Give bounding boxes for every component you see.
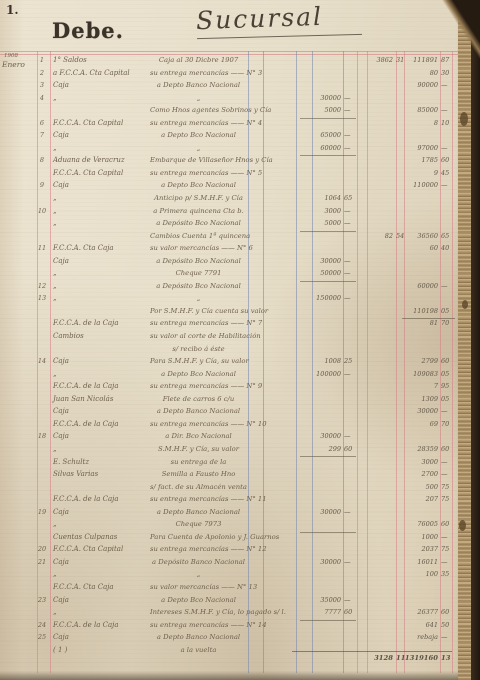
description-cell: Cheque 7791	[150, 269, 247, 277]
subamount-cents: —	[344, 432, 356, 440]
account-cell: E. Schultz	[53, 458, 149, 466]
main-amount-cents: —	[441, 407, 452, 415]
ledger-row: F.C.C.A. Cta Capitalsu entrega mercancía…	[0, 169, 472, 182]
description-cell: a la vuelta	[150, 646, 247, 654]
main-amount-cell: 8	[405, 119, 438, 127]
subamount-cents: —	[344, 294, 356, 302]
main-amount-cents: —	[441, 282, 452, 290]
main-amount-cell: 76005	[405, 520, 438, 528]
subamount-cents: 60	[344, 608, 356, 616]
description-cell: su entrega mercancías —— N° 12	[150, 545, 247, 553]
ledger-row: 23Cajaa Depto Bco Nacional35000—	[0, 596, 472, 609]
main-amount-cell: 110198	[405, 307, 438, 315]
day-cell: 23	[34, 596, 50, 604]
secondary-amount-cell: 82	[361, 232, 393, 240]
subamount-cents: 25	[344, 357, 356, 365]
ledger-rows: 11° SaldosCaja al 30 Dicbre 190738623111…	[0, 56, 472, 658]
day-cell: 13	[34, 294, 50, 302]
main-amount-cell: 28359	[405, 445, 438, 453]
subamount-cell: 30000	[297, 94, 341, 102]
ledger-row: s/ fact. de su Almacén venta50075	[0, 483, 472, 496]
main-amount-cents: 70	[441, 319, 452, 327]
ledger-row: E. Schultzsu entrega de la3000—	[0, 458, 472, 471]
account-cell: F.C.C.A. Cta Capital	[53, 119, 149, 127]
account-cell: a F.C.C.A. Cta Capital	[53, 69, 149, 77]
ledger-row: 7Cajaa Depto Bco Nacional65000—	[0, 131, 472, 144]
main-amount-cell: 60	[405, 244, 438, 252]
description-cell: su entrega mercancías —— N° 9	[150, 382, 247, 390]
description-cell: a Depósito Banco Nacional	[150, 558, 247, 566]
day-cell: 2	[34, 69, 50, 77]
main-amount-cell: 109083	[405, 370, 438, 378]
day-cell: 19	[34, 508, 50, 516]
ledger-row: Cuentas CulpanasPara Cuenta de Apolonio …	[0, 533, 472, 546]
totals-main-cents: 13	[441, 654, 452, 662]
main-amount-cell: 36560	[405, 232, 438, 240]
main-amount-cents: —	[441, 533, 452, 541]
description-cell: su entrega mercancías —— N° 3	[150, 69, 247, 77]
description-cell: s/ fact. de su Almacén venta	[150, 483, 247, 491]
account-cell: F.C.C.A. Cta Caja	[53, 244, 149, 252]
debit-title: Debe.	[52, 18, 124, 43]
day-cell: 20	[34, 545, 50, 553]
main-amount-cents: 05	[441, 370, 452, 378]
ledger-row: Cajaa Depto Banco Nacional30000—	[0, 407, 472, 420]
description-cell: S.M.H.F. y Cía, su valor	[150, 445, 247, 453]
ledger-row: 8Aduana de VeracruzEmbarque de Villaseño…	[0, 156, 472, 169]
day-cell: 8	[34, 156, 50, 164]
main-amount-cents: —	[441, 470, 452, 478]
ledger-photo: 1. Debe. Sucursal 1908 Enero 11° SaldosC…	[0, 0, 480, 680]
main-amount-cell: 207	[405, 495, 438, 503]
main-amount-cents: 60	[441, 357, 452, 365]
main-amount-cell: 97000	[405, 144, 438, 152]
totals-main-amount: 1319160	[401, 654, 438, 662]
main-amount-cents: 60	[441, 608, 452, 616]
description-cell: s/ recibo á éste	[150, 345, 247, 353]
subamount-cents: —	[344, 106, 356, 114]
ledger-row: 12„a Depósito Bco Nacional60000—	[0, 282, 472, 295]
subamount-cents: —	[344, 269, 356, 277]
account-cell: „	[53, 520, 149, 528]
ledger-row: 2a F.C.C.A. Cta Capitalsu entrega mercan…	[0, 69, 472, 82]
main-amount-cents: 35	[441, 570, 452, 578]
description-cell: a Depto Bco Nacional	[150, 596, 247, 604]
description-cell: Para S.M.H.F. y Cía, su valor	[150, 357, 247, 365]
main-amount-cents: 70	[441, 420, 452, 428]
account-cell: Caja	[53, 432, 149, 440]
account-cell: Caja	[53, 508, 149, 516]
main-amount-cents: 05	[441, 307, 452, 315]
account-cell: Silvas Varias	[53, 470, 149, 478]
account-cell: F.C.C.A. Cta Capital	[53, 169, 149, 177]
account-cell: „	[53, 219, 149, 227]
day-cell: 11	[34, 244, 50, 252]
subamount-cell: 3000	[297, 207, 341, 215]
main-amount-cell: 2799	[405, 357, 438, 365]
description-cell: su valor mercancías —— N° 13	[150, 583, 247, 591]
account-cell: Caja	[53, 357, 149, 365]
ledger-row: 25Cajaa Depto Banco Nacionalrebaja—	[0, 633, 472, 646]
edge-blot	[460, 112, 468, 126]
ledger-row: Cambiossu valor al corte de Habilitación	[0, 332, 472, 345]
subamount-cell: 5000	[297, 219, 341, 227]
main-amount-cents: 75	[441, 495, 452, 503]
main-amount-cell: 80	[405, 69, 438, 77]
ledger-row: 10„a Primera quincena Cta b.3000—	[0, 207, 472, 220]
ledger-row: 11° SaldosCaja al 30 Dicbre 190738623111…	[0, 56, 472, 69]
description-cell: Semilla a Fausto Hno	[150, 470, 247, 478]
subamount-cell: 50000	[297, 269, 341, 277]
main-amount-cell: 7	[405, 382, 438, 390]
day-cell: 18	[34, 432, 50, 440]
account-cell: F.C.C.A. Cta Caja	[53, 583, 149, 591]
description-cell: a Depto Banco Nacional	[150, 81, 247, 89]
main-amount-cell: 111891	[405, 56, 438, 64]
ledger-row: F.C.C.A. de la Cajasu entrega mercancías…	[0, 382, 472, 395]
page-number: 1.	[6, 3, 19, 17]
account-cell: Cambios	[53, 332, 149, 340]
subamount-cents: 60	[344, 445, 356, 453]
description-cell: a Depto Banco Nacional	[150, 633, 247, 641]
ledger-row: „Anticipo p/ S.M.H.F. y Cía106465	[0, 194, 472, 207]
main-amount-cell: 9	[405, 169, 438, 177]
day-cell: 14	[34, 357, 50, 365]
page-corner	[440, 0, 480, 62]
subamount-cents: —	[344, 219, 356, 227]
description-cell: a Depto Bco Nacional	[150, 181, 247, 189]
account-cell: 1° Saldos	[53, 56, 149, 64]
day-cell: 4	[34, 94, 50, 102]
ledger-row: 9Cajaa Depto Bco Nacional110000—	[0, 181, 472, 194]
description-cell: Por S.M.H.F. y Cía cuenta su valor	[150, 307, 247, 315]
description-cell: a Depto Banco Nacional	[150, 407, 247, 415]
description-cell: a Depósito Bco Nacional	[150, 282, 247, 290]
main-amount-cents: 05	[441, 395, 452, 403]
account-cell: Caja	[53, 633, 149, 641]
account-cell: Caja	[53, 131, 149, 139]
subamount-cell: 65000	[297, 131, 341, 139]
account-cell: „	[53, 144, 149, 152]
header-rule	[0, 51, 459, 52]
day-cell: 1	[34, 56, 50, 64]
subamount-cell: 30000	[297, 432, 341, 440]
description-cell: Anticipo p/ S.M.H.F. y Cía	[150, 194, 247, 202]
ledger-row: Cajaa Depósito Bco Nacional30000—	[0, 257, 472, 270]
ledger-row: 20F.C.C.A. Cta Capitalsu entrega mercanc…	[0, 545, 472, 558]
ledger-row: F.C.C.A. de la Cajasu entrega mercancías…	[0, 319, 472, 332]
main-amount-cell: 641	[405, 621, 438, 629]
account-cell: Caja	[53, 81, 149, 89]
subamount-cents: —	[344, 508, 356, 516]
account-cell: „	[53, 608, 149, 616]
subamount-cell: 1008	[297, 357, 341, 365]
description-cell: su valor al corte de Habilitación	[150, 332, 247, 340]
subamount-cell: 30000	[297, 257, 341, 265]
subamount-cents: —	[344, 94, 356, 102]
main-amount-cents: 45	[441, 169, 452, 177]
account-cell: Aduana de Veracruz	[53, 156, 149, 164]
account-cell: F.C.C.A. de la Caja	[53, 495, 149, 503]
description-cell: a Primera quincena Cta b.	[150, 207, 247, 215]
description-cell: a Depto Bco Nacional	[150, 370, 247, 378]
ledger-row: F.C.C.A. de la Cajasu entrega mercancías…	[0, 495, 472, 508]
main-amount-cents: 60	[441, 445, 452, 453]
main-amount-cents: 60	[441, 520, 452, 528]
ledger-row: 19Cajaa Depto Banco Nacional30000—	[0, 508, 472, 521]
description-cell: su entrega mercancías —— N° 4	[150, 119, 247, 127]
secondary-amount-cents: 31	[396, 56, 405, 64]
description-cell: a Depósito Bco Nacional	[150, 219, 247, 227]
book-spine-shadow	[471, 0, 480, 680]
ledger-row: 13„„150000—	[0, 294, 472, 307]
subamount-cents: —	[344, 257, 356, 265]
edge-blot	[459, 520, 466, 531]
totals-secondary-amount: 3128	[361, 654, 393, 662]
account-cell: „	[53, 207, 149, 215]
description-cell: „	[150, 294, 247, 302]
ledger-row: 21Cajaa Depósito Banco Nacional30000—160…	[0, 558, 472, 571]
main-amount-cell: 2037	[405, 545, 438, 553]
subamount-cents: —	[344, 207, 356, 215]
main-amount-cell: 69	[405, 420, 438, 428]
ledger-row: Juan San NicolásFlete de carros 6 c/u130…	[0, 395, 472, 408]
subamount-cell: 100000	[297, 370, 341, 378]
page-bottom-shadow	[0, 671, 472, 680]
account-cell: F.C.C.A. Cta Capital	[53, 545, 149, 553]
day-cell: 12	[34, 282, 50, 290]
main-amount-cell: 26377	[405, 608, 438, 616]
account-cell: Juan San Nicolás	[53, 395, 149, 403]
ledger-row: „Intereses S.M.H.F. y Cía, lo pagado s/ …	[0, 608, 472, 621]
account-cell: „	[53, 269, 149, 277]
main-amount-cell: 85000	[405, 106, 438, 114]
ledger-row: F.C.C.A. Cta Cajasu valor mercancías —— …	[0, 583, 472, 596]
ledger-row: Por S.M.H.F. y Cía cuenta su valor110198…	[0, 307, 472, 320]
main-amount-cell: 30000	[405, 407, 438, 415]
ledger-row: Silvas VariasSemilla a Fausto Hno2700—	[0, 470, 472, 483]
account-cell: Caja	[53, 257, 149, 265]
description-cell: Intereses S.M.H.F. y Cía, lo pagado s/ l…	[150, 608, 247, 616]
main-amount-cents: —	[441, 633, 452, 641]
subamount-cell: 30000	[297, 508, 341, 516]
main-amount-cell: 3000	[405, 458, 438, 466]
subamount-cell: 35000	[297, 596, 341, 604]
ledger-row: Cambios Cuenta 1ª quincena82543656065	[0, 232, 472, 245]
subamount-cell: 150000	[297, 294, 341, 302]
subamount-cents: —	[344, 370, 356, 378]
account-cell: „	[53, 445, 149, 453]
book-page-edges	[458, 0, 472, 680]
day-cell: 10	[34, 207, 50, 215]
ledger-row: „Cheque 79737600560	[0, 520, 472, 533]
main-amount-cents: 75	[441, 545, 452, 553]
day-cell: 9	[34, 181, 50, 189]
secondary-amount-cell: 3862	[361, 56, 393, 64]
ledger-row: 4„„30000—	[0, 94, 472, 107]
description-cell: Cheque 7973	[150, 520, 247, 528]
account-cell: F.C.C.A. de la Caja	[53, 420, 149, 428]
ledger-page: 1. Debe. Sucursal 1908 Enero 11° SaldosC…	[0, 0, 472, 680]
main-amount-cents: 95	[441, 382, 452, 390]
main-amount-cell: 1785	[405, 156, 438, 164]
subamount-cell: 7777	[297, 608, 341, 616]
description-cell: „	[150, 94, 247, 102]
day-cell: 24	[34, 621, 50, 629]
description-cell: Caja al 30 Dicbre 1907	[150, 56, 247, 64]
ledger-row: s/ recibo á éste	[0, 345, 472, 358]
day-cell: 21	[34, 558, 50, 566]
subamount-cell: 60000	[297, 144, 341, 152]
subamount-cell: 299	[297, 445, 341, 453]
ledger-row: 6F.C.C.A. Cta Capitalsu entrega mercancí…	[0, 119, 472, 132]
description-cell: su entrega mercancías —— N° 10	[150, 420, 247, 428]
ledger-row: „Cheque 779150000—	[0, 269, 472, 282]
main-amount-cents: —	[441, 144, 452, 152]
description-cell: „	[150, 570, 247, 578]
ledger-row: 3Cajaa Depto Banco Nacional90000—	[0, 81, 472, 94]
day-cell: 25	[34, 633, 50, 641]
main-amount-cell: 16011	[405, 558, 438, 566]
day-cell: 7	[34, 131, 50, 139]
account-cell: Cuentas Culpanas	[53, 533, 149, 541]
description-cell: su entrega de la	[150, 458, 247, 466]
main-amount-cents: —	[441, 558, 452, 566]
main-amount-cell: 110000	[405, 181, 438, 189]
description-cell: Para Cuenta de Apolonio y J. Guarnos	[150, 533, 247, 541]
description-cell: a Depósito Bco Nacional	[150, 257, 247, 265]
header-rule	[0, 54, 459, 55]
account-cell: Caja	[53, 558, 149, 566]
subamount-cell: 5000	[297, 106, 341, 114]
main-amount-cents: —	[441, 81, 452, 89]
ledger-row: 18Cajaa Dir. Bco Nacional30000—	[0, 432, 472, 445]
main-amount-cents: 75	[441, 483, 452, 491]
main-amount-cents: —	[441, 458, 452, 466]
day-cell: 3	[34, 81, 50, 89]
description-cell: a Dir. Bco Nacional	[150, 432, 247, 440]
secondary-amount-cents: 54	[396, 232, 405, 240]
account-cell: „	[53, 282, 149, 290]
main-amount-cents: —	[441, 181, 452, 189]
main-amount-cents: 50	[441, 621, 452, 629]
ledger-row: 14CajaPara S.M.H.F. y Cía, su valor10082…	[0, 357, 472, 370]
ledger-row: 11F.C.C.A. Cta Cajasu valor mercancías —…	[0, 244, 472, 257]
account-cell: „	[53, 370, 149, 378]
ledger-row: „a Depto Bco Nacional100000—10908305	[0, 370, 472, 383]
description-cell: su entrega mercancías —— N° 14	[150, 621, 247, 629]
subamount-cell: 30000	[297, 558, 341, 566]
account-cell: F.C.C.A. de la Caja	[53, 621, 149, 629]
account-cell: ( 1 )	[53, 646, 149, 654]
subamount-cents: —	[344, 131, 356, 139]
description-cell: Cambios Cuenta 1ª quincena	[150, 232, 247, 240]
account-cell: F.C.C.A. de la Caja	[53, 319, 149, 327]
main-amount-cell: 100	[405, 570, 438, 578]
main-amount-cents: 30	[441, 69, 452, 77]
description-cell: su entrega mercancías —— N° 5	[150, 169, 247, 177]
account-cell: Caja	[53, 181, 149, 189]
ledger-row: Como Hnos agentes Sobrinos y Cía5000—850…	[0, 106, 472, 119]
main-amount-cents: 40	[441, 244, 452, 252]
branch-title: Sucursal	[196, 2, 324, 35]
description-cell: a Depto Bco Nacional	[150, 131, 247, 139]
account-cell: „	[53, 570, 149, 578]
main-amount-cents: 10	[441, 119, 452, 127]
description-cell: Como Hnos agentes Sobrinos y Cía	[150, 106, 247, 114]
day-cell: 6	[34, 119, 50, 127]
subamount-cents: —	[344, 144, 356, 152]
main-amount-cell: 90000	[405, 81, 438, 89]
account-cell: „	[53, 94, 149, 102]
branch-title-underline	[197, 34, 362, 39]
main-amount-cell: 81	[405, 319, 438, 327]
subamount-cents: 65	[344, 194, 356, 202]
account-cell: „	[53, 194, 149, 202]
main-amount-cell: 2700	[405, 470, 438, 478]
subamount-cents: —	[344, 596, 356, 604]
description-cell: „	[150, 144, 247, 152]
account-cell: Caja	[53, 407, 149, 415]
ledger-row: „„60000—97000—	[0, 144, 472, 157]
main-amount-cell: 60000	[405, 282, 438, 290]
ledger-row: „„10035	[0, 570, 472, 583]
main-amount-cents: 65	[441, 232, 452, 240]
edge-blot	[462, 300, 468, 309]
ledger-row: „a Depósito Bco Nacional5000—	[0, 219, 472, 232]
main-amount-cents: —	[441, 106, 452, 114]
main-amount-cell: 1309	[405, 395, 438, 403]
ledger-row: „S.M.H.F. y Cía, su valor299602835960	[0, 445, 472, 458]
description-cell: Embarque de Villaseñor Hnos y Cía	[150, 156, 247, 164]
main-amount-cell: 500	[405, 483, 438, 491]
description-cell: Flete de carros 6 c/u	[150, 395, 247, 403]
subamount-cell: 1064	[297, 194, 341, 202]
main-amount-cell: 1000	[405, 533, 438, 541]
description-cell: su valor mercancías —— N° 6	[150, 244, 247, 252]
ledger-row: 24F.C.C.A. de la Cajasu entrega mercancí…	[0, 621, 472, 634]
main-amount-cell: rebaja	[405, 633, 438, 641]
totals-divider	[292, 651, 452, 652]
ledger-row: F.C.C.A. de la Cajasu entrega mercancías…	[0, 420, 472, 433]
description-cell: su entrega mercancías —— N° 7	[150, 319, 247, 327]
subamount-cents: —	[344, 558, 356, 566]
account-cell: Caja	[53, 596, 149, 604]
account-cell: F.C.C.A. de la Caja	[53, 382, 149, 390]
account-cell: „	[53, 294, 149, 302]
description-cell: su entrega mercancías —— N° 11	[150, 495, 247, 503]
main-amount-cents: 60	[441, 156, 452, 164]
description-cell: a Depto Banco Nacional	[150, 508, 247, 516]
